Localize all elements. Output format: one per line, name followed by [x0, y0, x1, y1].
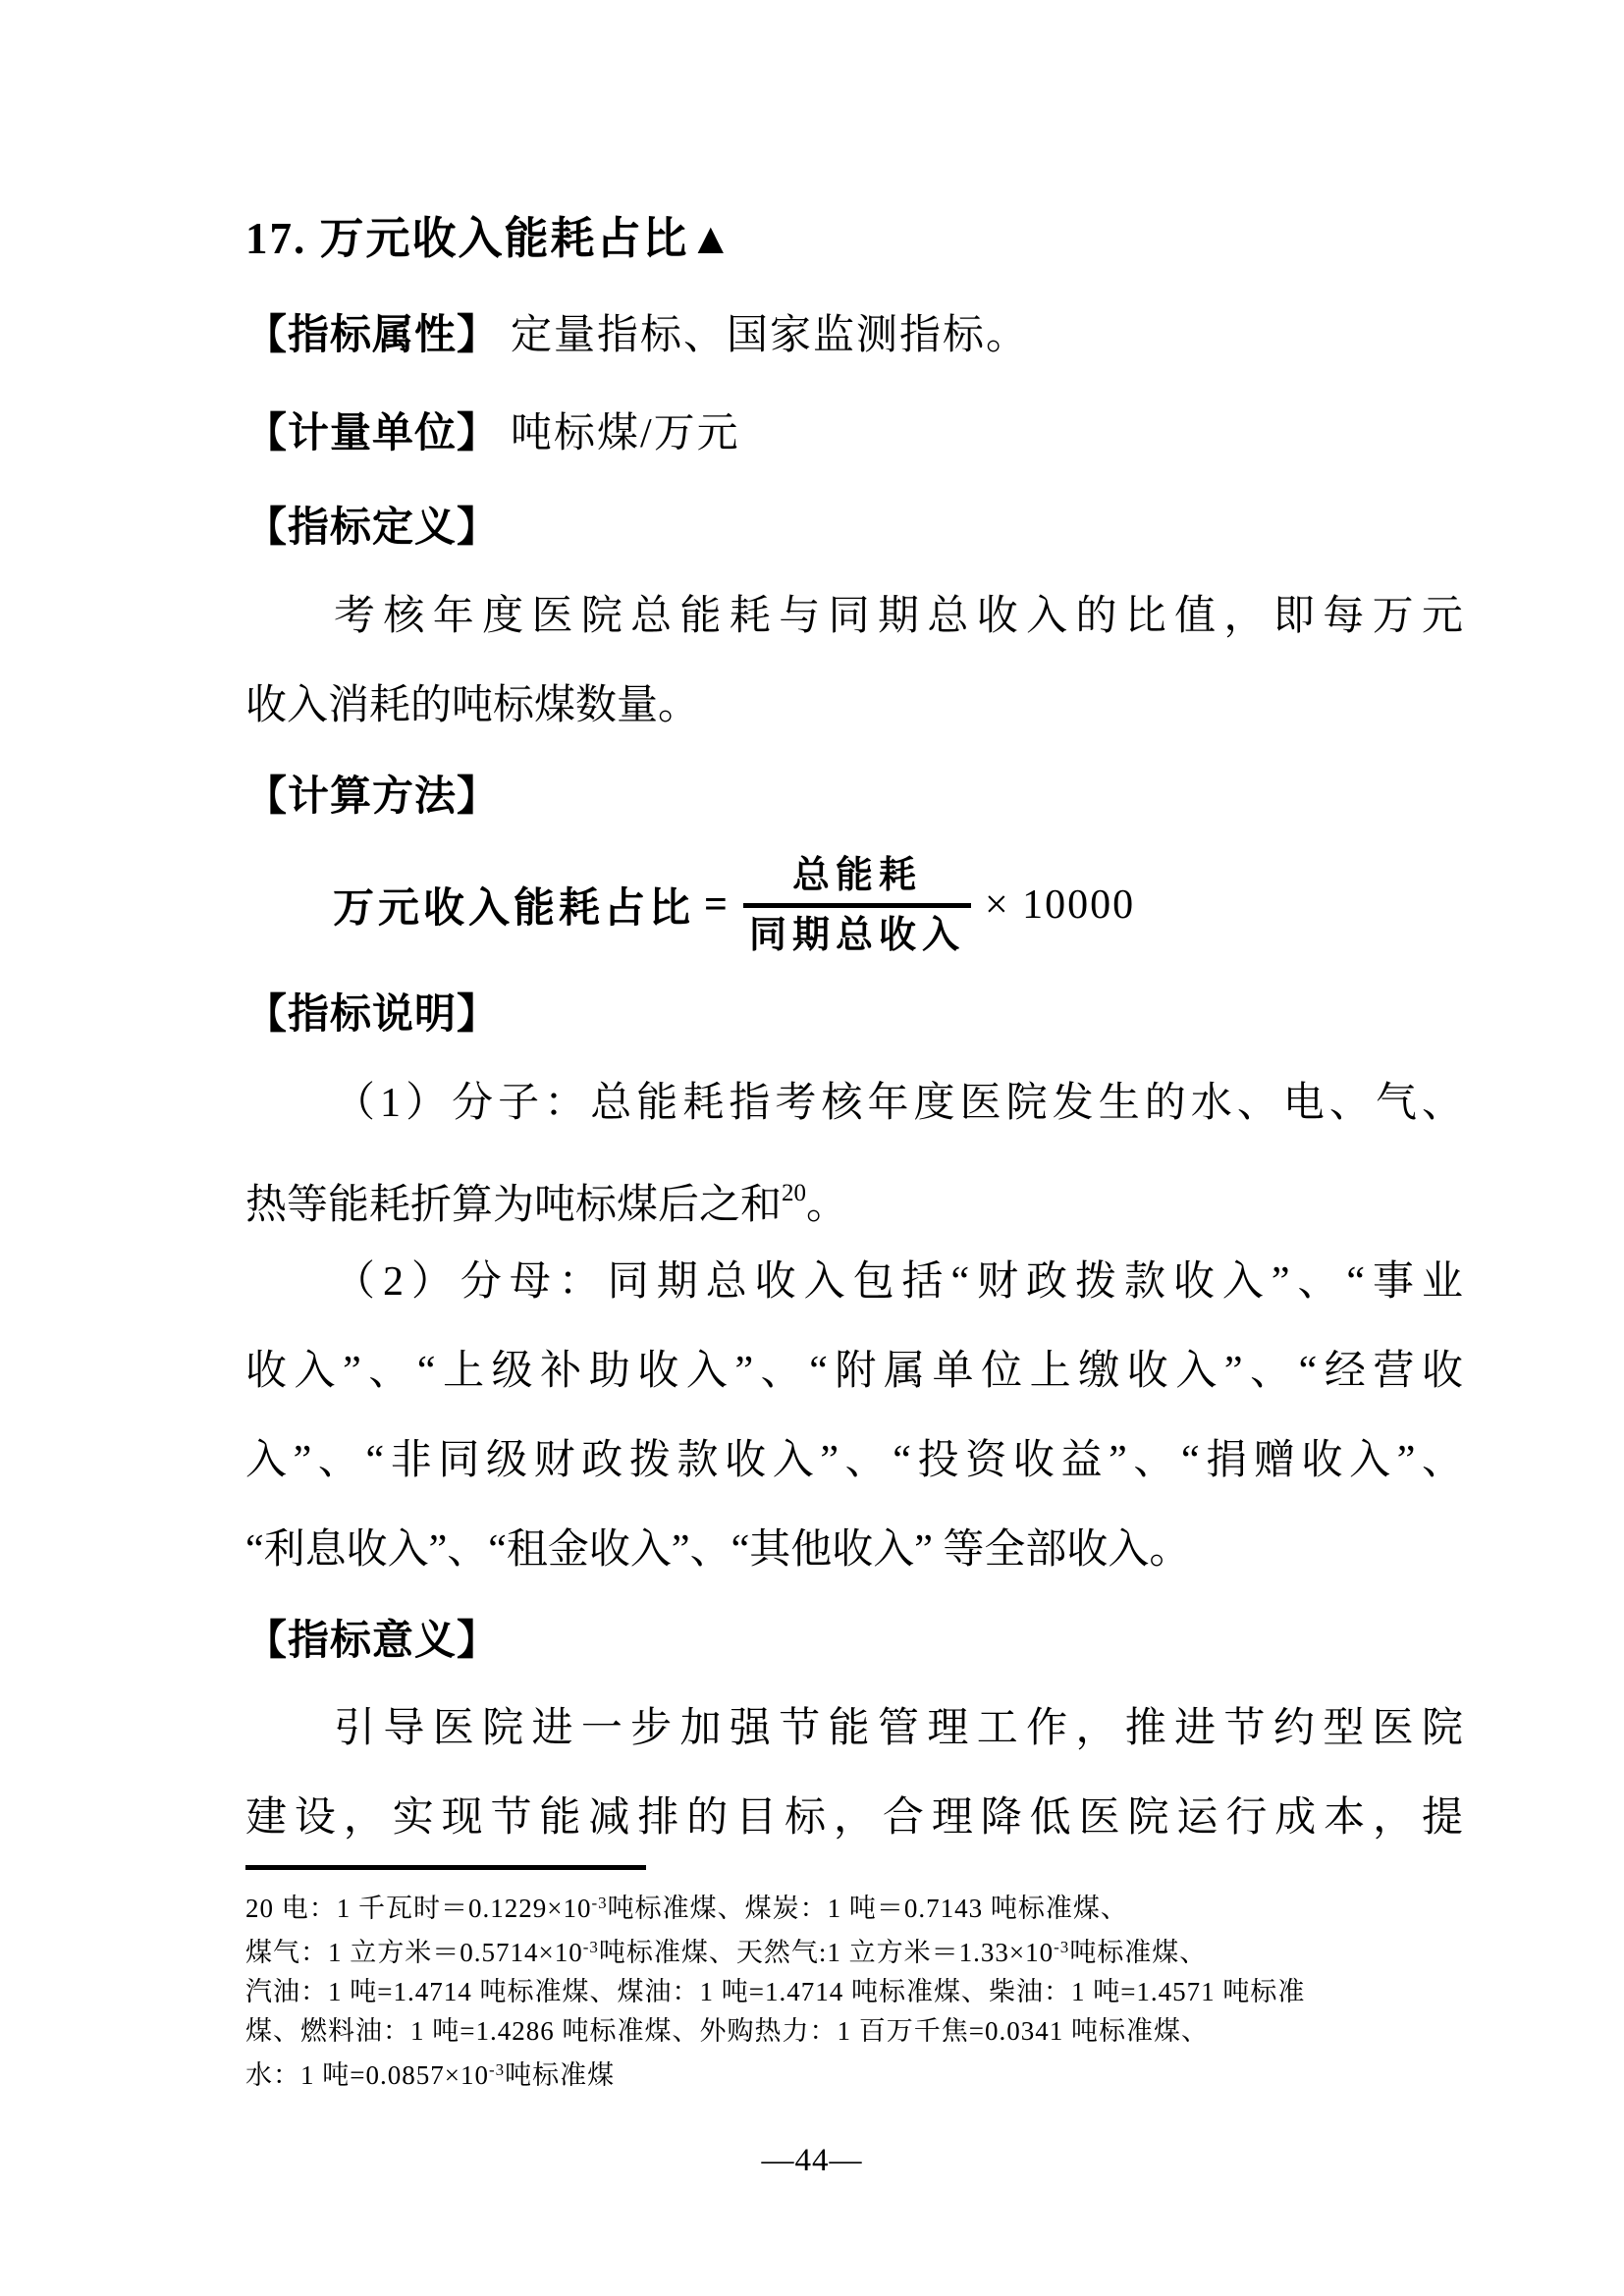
- footnote: 20 电：1 千瓦时＝0.1229×10-3吨标准煤、煤炭：1 吨＝0.7143…: [245, 1884, 1463, 2095]
- formula-denominator: 同期总收入: [743, 912, 971, 959]
- page-container: 17. 万元收入能耗占比▲ 【指标属性】定量指标、国家监测指标。 【计量单位】吨…: [0, 0, 1624, 2296]
- significance-line: 引导医院进一步加强节能管理工作，推进节约型医院: [245, 1684, 1463, 1774]
- formula-lhs: 万元收入能耗占比: [333, 876, 694, 934]
- definition-line: 收入消耗的吨标煤数量。: [245, 662, 1463, 751]
- significance-line: 建设，实现节能减排的目标，合理降低医院运行成本，提: [245, 1774, 1463, 1863]
- fraction-bar: [743, 903, 971, 908]
- definition-line: 考核年度医院总能耗与同期总收入的比值，即每万元: [245, 572, 1463, 662]
- unit-label: 【计量单位】: [245, 409, 499, 455]
- explanation-item2-line: 收入”、“上级补助收入”、“附属单位上缴收入”、“经营收: [245, 1327, 1463, 1416]
- section-title: 17. 万元收入能耗占比▲: [245, 191, 1463, 286]
- attribute-line: 【指标属性】定量指标、国家监测指标。: [245, 286, 1463, 384]
- explanation-label: 【指标说明】: [245, 969, 1463, 1059]
- footnote-line: 煤气：1 立方米＝0.5714×10-3吨标准煤、天然气:1 立方米＝1.33×…: [245, 1928, 1463, 1972]
- explanation-item2-line: 入”、“非同级财政拨款收入”、“投资收益”、“捐赠收入”、: [245, 1416, 1463, 1506]
- footnote-line: 水：1 吨=0.0857×10-3吨标准煤: [245, 2051, 1463, 2095]
- calculation-label: 【计算方法】: [245, 751, 1463, 841]
- definition-label: 【指标定义】: [245, 482, 1463, 572]
- unit-text: 吨标煤/万元: [511, 411, 740, 456]
- explanation-item2-line: “利息收入”、“租金收入”、“其他收入” 等全部收入。: [245, 1506, 1463, 1595]
- page-number: —44—: [0, 2143, 1624, 2179]
- attribute-label: 【指标属性】: [245, 311, 499, 357]
- footnote-line: 20 电：1 千瓦时＝0.1229×10-3吨标准煤、煤炭：1 吨＝0.7143…: [245, 1884, 1463, 1928]
- explanation-item1-line: 热等能耗折算为吨标煤后之和20。: [245, 1148, 1463, 1238]
- formula: 万元收入能耗占比 = 总能耗 同期总收入 × 10000: [333, 841, 1463, 969]
- formula-multiplier: × 10000: [985, 881, 1135, 929]
- explanation-item2-line: （2）分母：同期总收入包括“财政拨款收入”、“事业: [245, 1238, 1463, 1327]
- formula-numerator: 总能耗: [786, 852, 928, 899]
- significance-label: 【指标意义】: [245, 1595, 1463, 1684]
- footnote-divider: [245, 1865, 646, 1870]
- explanation-item1-line: （1）分子：总能耗指考核年度医院发生的水、电、气、: [245, 1059, 1463, 1148]
- footnote-line: 汽油：1 吨=1.4714 吨标准煤、煤油：1 吨=1.4714 吨标准煤、柴油…: [245, 1972, 1463, 2011]
- document-content: 17. 万元收入能耗占比▲ 【指标属性】定量指标、国家监测指标。 【计量单位】吨…: [245, 191, 1463, 2095]
- attribute-text: 定量指标、国家监测指标。: [511, 313, 1029, 358]
- unit-line: 【计量单位】吨标煤/万元: [245, 384, 1463, 482]
- footnote-line: 煤、燃料油：1 吨=1.4286 吨标准煤、外购热力：1 百万千焦=0.0341…: [245, 2011, 1463, 2051]
- formula-fraction: 总能耗 同期总收入: [743, 852, 971, 959]
- formula-equals: =: [704, 881, 728, 929]
